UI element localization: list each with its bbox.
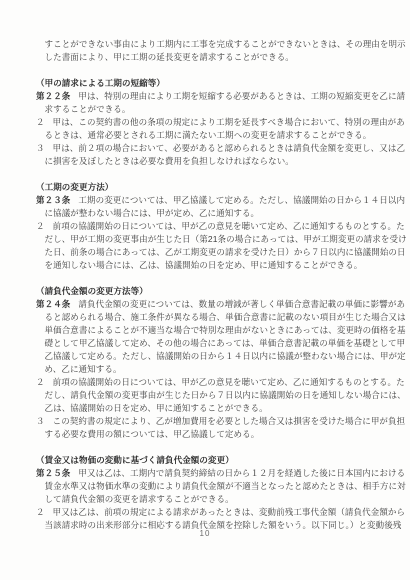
article-text: 甲は、特別の理由により工期を短縮する必要があるときは、工期の短縮変更を乙に請: [78, 91, 405, 101]
numbered-item-line: ２甲は、この契約書の他の条項の規定により工期を延長すべき場合において、特別の理由…: [36, 116, 384, 129]
numbered-item-line: ２前項の協議開始の日については、甲が乙の意見を聴いて定め、乙に通知するものとする…: [36, 220, 384, 233]
item-number: ２: [36, 221, 45, 231]
article-line: 第２２条甲は、特別の理由により工期を短縮する必要があるときは、工期の短縮変更を乙…: [36, 90, 384, 103]
item-text: 甲は、この契約書の他の条項の規定により工期を延長すべき場合において、特別の理由が…: [53, 117, 405, 127]
item-text: 前項の協議開始の日については、甲が乙の意見を聴いて定め、乙に通知するものとする。…: [53, 377, 405, 387]
paragraph-line: だし、請負代金額の変更事由が生じた日から７日以内に協議開始の日を通知しない場合に…: [36, 389, 384, 402]
paragraph-line: め、乙に通知する。: [36, 363, 384, 376]
item-text: 甲は、前２項の場合において、必要があると認められるときは請負代金額を変更し、又は…: [53, 143, 405, 153]
paragraph-line: た日、前条の場合にあっては、乙が工期変更の請求を受けた日）から７日以内に協議開始…: [36, 246, 384, 259]
paragraph-line: する必要な費用の額については、甲乙協議して定める。: [36, 428, 384, 441]
paragraph-line: に協議が整わない場合には、甲が定め、乙に通知する。: [36, 207, 384, 220]
numbered-item-line: ２甲又は乙は、前項の規定による請求があったときは、変動前残工事代金額（請負代金額…: [36, 506, 384, 519]
paragraph-line: した書面により、甲に工期の延長変更を請求することができる。: [36, 51, 384, 64]
paragraph-line: 求することができる。: [36, 103, 384, 116]
paragraph-line: すことができない事由により工期内に工事を完成することができないときは、その理由を…: [36, 38, 384, 51]
item-number: ３: [36, 143, 45, 153]
article-number: 第２２条: [36, 91, 70, 101]
article-line: 第２３条工期の変更については、甲乙協議して定める。ただし、協議開始の日から１４日…: [36, 194, 384, 207]
article-text: 請負代金額の変更については、数量の増減が著しく単価合意書記載の単価に影響があ: [78, 299, 405, 309]
item-text: 甲又は乙は、前項の規定による請求があったときは、変動前残工事代金額（請負代金額か…: [53, 507, 406, 517]
item-number: ２: [36, 507, 45, 517]
paragraph-line: 賃金水準又は物価水準の変動により請負代金額が不適当となったと認めたときは、相手方…: [36, 480, 384, 493]
section-heading-article22: （甲の請求による工期の短縮等）: [36, 77, 384, 90]
article-text: 甲又は乙は、工期内で請負契約締結の日から１２月を経過した後に日本国内における: [78, 468, 405, 478]
numbered-item-line: ２前項の協議開始の日については、甲が乙の意見を聴いて定め、乙に通知するものとする…: [36, 376, 384, 389]
article-number: 第２５条: [36, 468, 70, 478]
paragraph-line: に損害を及ぼしたときは必要な費用を負担しなければならない。: [36, 155, 384, 168]
article-line: 第２４条請負代金額の変更については、数量の増減が著しく単価合意書記載の単価に影響…: [36, 298, 384, 311]
section-heading-article24: （請負代金額の変更方法等）: [36, 285, 384, 298]
paragraph-line: を通知しない場合には、乙は、協議開始の日を定め、甲に通知することができる。: [36, 259, 384, 272]
paragraph-line: るときは、通常必要とされる工期に満たない工期への変更を請求することができる。: [36, 129, 384, 142]
article-text: 工期の変更については、甲乙協議して定める。ただし、協議開始の日から１４日以内: [78, 195, 405, 205]
paragraph-line: 乙は、協議開始の日を定め、甲に通知することができる。: [36, 402, 384, 415]
section-heading-article25: （賃金又は物価の変動に基づく請負代金額の変更）: [36, 454, 384, 467]
article-line: 第２５条甲又は乙は、工期内で請負契約締結の日から１２月を経過した後に日本国内にお…: [36, 467, 384, 480]
document-page: すことができない事由により工期内に工事を完成することができないときは、その理由を…: [0, 0, 410, 580]
section-heading-article23: （工期の変更方法）: [36, 181, 384, 194]
item-number: ３: [36, 416, 45, 426]
page-number: 10: [0, 529, 410, 538]
item-number: ２: [36, 377, 45, 387]
paragraph-line: ると認められる場合、施工条件が異なる場合、単価合意書に記載のない項目が生じた場合…: [36, 311, 384, 324]
paragraph-line: して請負代金額の変更を請求することができる。: [36, 493, 384, 506]
paragraph-line: だし、甲が工期の変更事由が生じた日（第21条の場合にあっては、甲が工期変更の請求…: [36, 233, 384, 246]
paragraph-line: 単価合意書によることが不適当な場合で特別な理由がないときにあっては、変更時の価格…: [36, 324, 384, 337]
paragraph-line: 乙協議して定める。ただし、協議開始の日から１４日以内に協議が整わない場合には、甲…: [36, 350, 384, 363]
item-text: 前項の協議開始の日については、甲が乙の意見を聴いて定め、乙に通知するものとする。…: [53, 221, 405, 231]
paragraph-line: 礎として甲乙協議して定め、その他の場合にあっては、単価合意書記載の単価を基礎とし…: [36, 337, 384, 350]
article-number: 第２４条: [36, 299, 70, 309]
item-number: ２: [36, 117, 45, 127]
numbered-item-line: ３甲は、前２項の場合において、必要があると認められるときは請負代金額を変更し、又…: [36, 142, 384, 155]
contract-text-body: すことができない事由により工期内に工事を完成することができないときは、その理由を…: [36, 38, 384, 532]
numbered-item-line: ３この契約書の規定により、乙が増加費用を必要とした場合又は損害を受けた場合に甲が…: [36, 415, 384, 428]
article-number: 第２３条: [36, 195, 70, 205]
item-text: この契約書の規定により、乙が増加費用を必要とした場合又は損害を受けた場合に甲が負…: [53, 416, 406, 426]
